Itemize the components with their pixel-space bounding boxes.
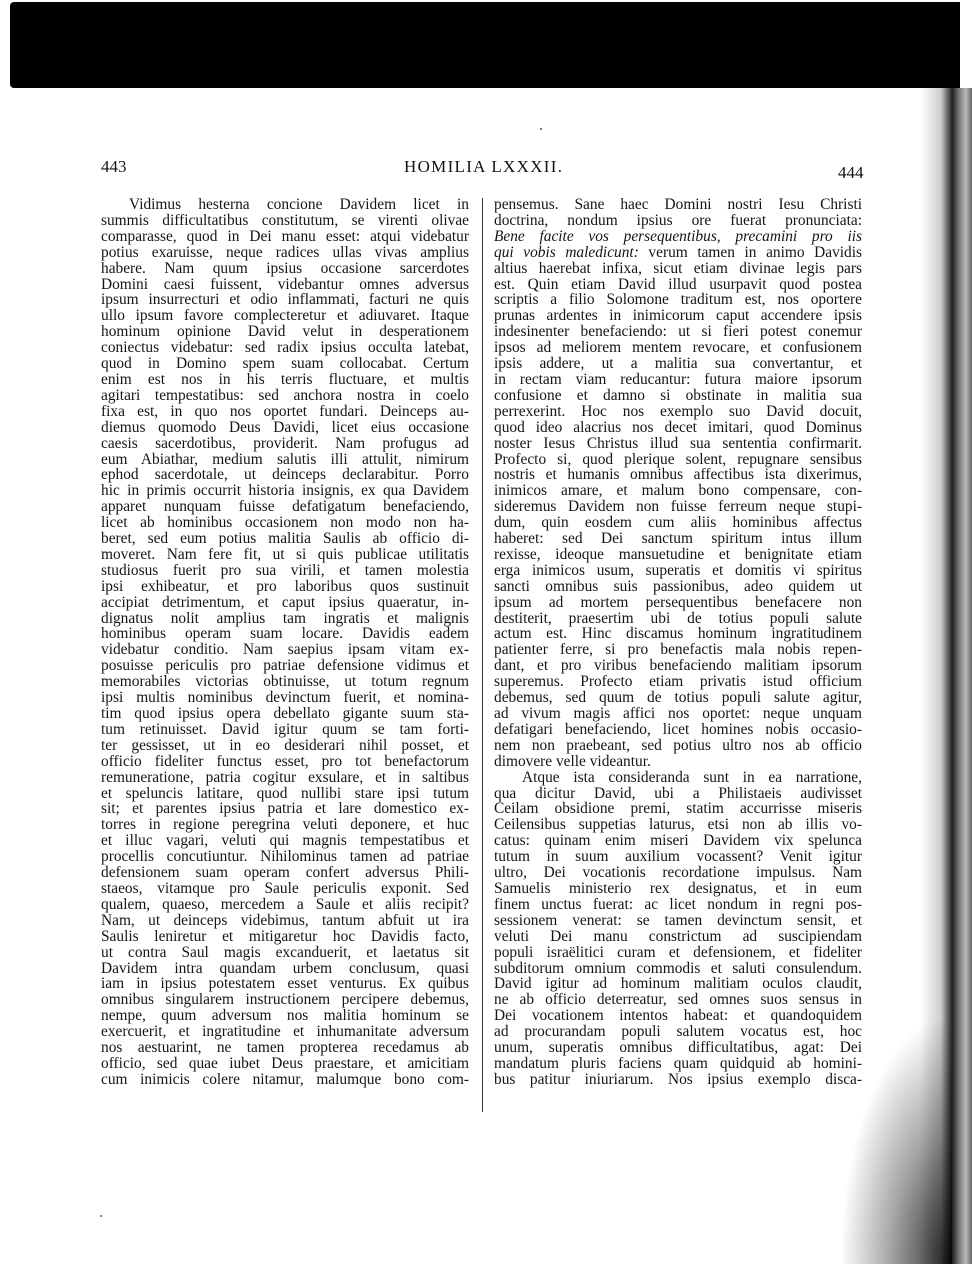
text-line: iam in ipsius potestatem esset venturus.… bbox=[101, 976, 469, 992]
text-line: nos aestuarint, ne tamen propterea reced… bbox=[101, 1040, 469, 1056]
text-line: posuisse periculis pro patriae defension… bbox=[101, 658, 469, 674]
text-line: memorabiles victorias obtinuisse, ut tot… bbox=[101, 674, 469, 690]
text-line: superemus. Profecto etiam privatis istud… bbox=[494, 674, 862, 690]
text-line: qui vobis maledicunt: verum tamen in ani… bbox=[494, 245, 862, 261]
text-line: scriptis a filio Solomone traditum est, … bbox=[494, 292, 862, 308]
text-line: hominum opinione David velut in desperat… bbox=[101, 324, 469, 340]
text-line: unum, superatis omnibus difficultatibus,… bbox=[494, 1040, 862, 1056]
text-line: dum, quin eosdem cum aliis hominibus aff… bbox=[494, 515, 862, 531]
text-line: accipiat detrimentum, et caput ipsius qu… bbox=[101, 595, 469, 611]
text-line: caesis sacerdotibus, providerit. Nam pro… bbox=[101, 436, 469, 452]
text-line: Saulis leniretur et mitigaretur hoc Davi… bbox=[101, 929, 469, 945]
text-line: mandatum pluris faciens quam quidquid ab… bbox=[494, 1056, 862, 1072]
text-line: doctrina, nondum ipsius ore fuerat pronu… bbox=[494, 213, 862, 229]
text-line: eum Abiathar, medium salutis illi attuli… bbox=[101, 452, 469, 468]
text-line: cum inimicis colere nitamur, malumque bo… bbox=[101, 1072, 469, 1088]
text-line: populi israëlitici curam et defensionem,… bbox=[494, 945, 862, 961]
text-line: Domini caesi fuissent, videbantur omnes … bbox=[101, 277, 469, 293]
page-number-left: 443 bbox=[101, 157, 127, 177]
scan-black-band bbox=[10, 2, 960, 88]
scripture-quote: Bene facite vos persequentibus, precamin… bbox=[494, 228, 862, 245]
text-line: exercuerit, et ingratitudine et inhumani… bbox=[101, 1024, 469, 1040]
text-line: torres in regione peregrina veluti depon… bbox=[101, 817, 469, 833]
text-line: noster Iesus Christus illud sua sententi… bbox=[494, 436, 862, 452]
text-line: sit; et parentes ipsius patria et lare d… bbox=[101, 801, 469, 817]
text-line: remuneratione, patria cogitur exsulare, … bbox=[101, 770, 469, 786]
text-line: quod in Domino spem suam collocabat. Cer… bbox=[101, 356, 469, 372]
text-line: ipsi exhibeatur, et pro laboribus quos s… bbox=[101, 579, 469, 595]
text-line: defatigari benefaciendo, licet homines n… bbox=[494, 722, 862, 738]
text-line: rexisse, ideoque mansuetudine et benigni… bbox=[494, 547, 862, 563]
text-line: apparet nunquam fuisse defatigatum benef… bbox=[101, 499, 469, 515]
text-line: beret, sed eum potius malitia Saulis ab … bbox=[101, 531, 469, 547]
text-line: enim est nos in his terris fluctuare, et… bbox=[101, 372, 469, 388]
text-line: qualem, quaeso, mercedem a Saule et alii… bbox=[101, 897, 469, 913]
text-line: ipsos ad meliorem mentem revocare, et co… bbox=[494, 340, 862, 356]
text-line: ipsum ad mortem persequentibus benefacer… bbox=[494, 595, 862, 611]
text-line: qua dicitur David, ubi a Philistaeis aud… bbox=[494, 786, 862, 802]
text-line: confusione et damno si obstinate in mali… bbox=[494, 388, 862, 404]
text-line: Davidem intra quandam urbem conclusum, q… bbox=[101, 961, 469, 977]
text-line: Ceilam obsidione premi, statim accurriss… bbox=[494, 801, 862, 817]
text-line: ter gessisset, ut in eo desiderari nihil… bbox=[101, 738, 469, 754]
text-line: erga inimicos usum, superatis et domitis… bbox=[494, 563, 862, 579]
text-line: est. Quin etiam David illud usurpavit qu… bbox=[494, 277, 862, 293]
text-line: ipsi multis nominibus devinctum fuerit, … bbox=[101, 690, 469, 706]
text-line: Nam, ut deinceps videbimus, tantum abfui… bbox=[101, 913, 469, 929]
text-line: ullo ipsum favore complecteretur et adiu… bbox=[101, 308, 469, 324]
text-line: tim quod ipsius opera debellato gigante … bbox=[101, 706, 469, 722]
text-line: comparasse, quod in Dei manu esset: atqu… bbox=[101, 229, 469, 245]
text-line: ipsum insurrecturi et odio inflammati, f… bbox=[101, 292, 469, 308]
text-line: veluti Dei manu constrictum ad suscipien… bbox=[494, 929, 862, 945]
text-line: studiosus fuerit pro sua virili, et tame… bbox=[101, 563, 469, 579]
text-line: prunas ardentes in inimicorum caput acce… bbox=[494, 308, 862, 324]
text-line: Bene facite vos persequentibus, precamin… bbox=[494, 229, 862, 245]
scan-speck bbox=[100, 1215, 102, 1217]
text-line: omnibus singularem instructionem percipe… bbox=[101, 992, 469, 1008]
text-line: potius exaruisse, neque radices ullas vi… bbox=[101, 245, 469, 261]
text-line: sideremus Davidem non fuisse ferreum neq… bbox=[494, 499, 862, 515]
text-line: destiterit, praesertim ubi de totius pop… bbox=[494, 611, 862, 627]
scripture-quote: qui vobis maledicunt: bbox=[494, 244, 639, 261]
text-line: Dei vocationem intentos habeat: et quand… bbox=[494, 1008, 862, 1024]
text-line: et speluncis latitare, quod nullibi star… bbox=[101, 786, 469, 802]
text-line: agitari tempestatibus: sed anchora nostr… bbox=[101, 388, 469, 404]
text-line: David igitur ad hominum malitiam oculos … bbox=[494, 976, 862, 992]
text-line: officio fideliter functus esset, pro tot… bbox=[101, 754, 469, 770]
text-line: patienter ferre, si pro benefactis mala … bbox=[494, 642, 862, 658]
text-line: ne ab officio deterreatur, sed omnes suo… bbox=[494, 992, 862, 1008]
left-column-text: Vidimus hesterna concione Davidem licet … bbox=[101, 197, 469, 1088]
text-line: ad vivum magis affici nos oportet: neque… bbox=[494, 706, 862, 722]
text-line: licet ab hominibus occasionem non modo n… bbox=[101, 515, 469, 531]
text-line: nostris et humanis omnibus affectibus is… bbox=[494, 467, 862, 483]
text-line: ut contra Saul magis excanduerit, et lae… bbox=[101, 945, 469, 961]
text-line: catus: quinam enim miseri Davidem vix sp… bbox=[494, 833, 862, 849]
scan-speck bbox=[540, 128, 542, 130]
text-line: habere. Nam quum ipsius occasione sarcer… bbox=[101, 261, 469, 277]
text-line: videbatur conditio. Nam saepius ipsam vi… bbox=[101, 642, 469, 658]
text-line: finem unctus fuerat: ac licet nondum in … bbox=[494, 897, 862, 913]
column-divider bbox=[482, 198, 483, 1112]
text-line: Samuelis ministerio rex designatus, et i… bbox=[494, 881, 862, 897]
text-line: tum retinuisset. David igitur quum se ta… bbox=[101, 722, 469, 738]
text-line: tutum in suum auxilium vocassent? Venit … bbox=[494, 849, 862, 865]
text-line: et illuc vagari, veluti qui magnis tempe… bbox=[101, 833, 469, 849]
text-line: subditorum omnium commodis et saluti con… bbox=[494, 961, 862, 977]
text-line: nem non praebeant, sed potius ultro nos … bbox=[494, 738, 862, 754]
text-line: haberet: sed Dei sanctum spiritum intus … bbox=[494, 531, 862, 547]
text-line: inimicos amare, et malum bono compensare… bbox=[494, 483, 862, 499]
text-line: ipsis addere, ut a malitia sua convertan… bbox=[494, 356, 862, 372]
text-line: coniectus videbatur: sed radix ipsius oc… bbox=[101, 340, 469, 356]
text-line: ad procurandam populi salutem vocatus es… bbox=[494, 1024, 862, 1040]
text-line: bus patitur iniuriarum. Nos ipsius exemp… bbox=[494, 1072, 862, 1088]
text-line: summis difficultatibus constitutum, se v… bbox=[101, 213, 469, 229]
text-line: sessionem venerat: se tamen devinctum se… bbox=[494, 913, 862, 929]
text-line: fixa est, in quo nos oportet fundari. De… bbox=[101, 404, 469, 420]
text-line: Profecto si, quod plerique solent, repug… bbox=[494, 452, 862, 468]
text-line: ultro, Dei vocationis recordatione impul… bbox=[494, 865, 862, 881]
text-line: hominibus operam suam locare. Davidis ea… bbox=[101, 626, 469, 642]
text-line: moveret. Nam fere fit, ut si quis public… bbox=[101, 547, 469, 563]
text-line: perrexerint. Hoc nos exemplo suo David d… bbox=[494, 404, 862, 420]
text-line: actum est. Hinc discamus hominum ingrati… bbox=[494, 626, 862, 642]
right-column-text: pensemus. Sane haec Domini nostri Iesu C… bbox=[494, 197, 862, 1088]
text-line: hic in primis occurrit historia insignis… bbox=[101, 483, 469, 499]
page-number-right: 444 bbox=[838, 163, 864, 183]
text-line: debemus, sed quum de totius populi salut… bbox=[494, 690, 862, 706]
text-line: defensionem suam operam confert adversus… bbox=[101, 865, 469, 881]
text-line: ephod sacerdotale, ut deinceps declarabi… bbox=[101, 467, 469, 483]
running-head-title: HOMILIA LXXXII. bbox=[404, 157, 563, 177]
text-line: dimovere velle videantur. bbox=[494, 754, 862, 770]
text-line: dant, et pro viribus benefaciendo maliti… bbox=[494, 658, 862, 674]
text-line: Ceilensibus suppetias laturus, etsi non … bbox=[494, 817, 862, 833]
text-line: dignatus nolit amplius tam ingratis et m… bbox=[101, 611, 469, 627]
text-line: Atque ista consideranda sunt in ea narra… bbox=[494, 770, 862, 786]
text-line: officio, sed quae iubet Deus praestare, … bbox=[101, 1056, 469, 1072]
text-line: staeos, vitamque pro Saule periculis exp… bbox=[101, 881, 469, 897]
text-line: quod ideo alacrius nos decet imitari, qu… bbox=[494, 420, 862, 436]
text-line: in rectam viam reducantur: futura maiore… bbox=[494, 372, 862, 388]
text-line: pensemus. Sane haec Domini nostri Iesu C… bbox=[494, 197, 862, 213]
text-line: diemus quomodo Deus Davidi, licet eius o… bbox=[101, 420, 469, 436]
text-line: nempe, quum adversum nos malitia hominum… bbox=[101, 1008, 469, 1024]
text-line: procellis concutiuntur. Nihilominus tame… bbox=[101, 849, 469, 865]
text-line: sancti omnibus suis passionibus, adeo qu… bbox=[494, 579, 862, 595]
text-line: altius haerebat infixa, sicut etiam divi… bbox=[494, 261, 862, 277]
text-line: Vidimus hesterna concione Davidem licet … bbox=[101, 197, 469, 213]
text-line: indesinenter benefaciendo: ut si fieri p… bbox=[494, 324, 862, 340]
